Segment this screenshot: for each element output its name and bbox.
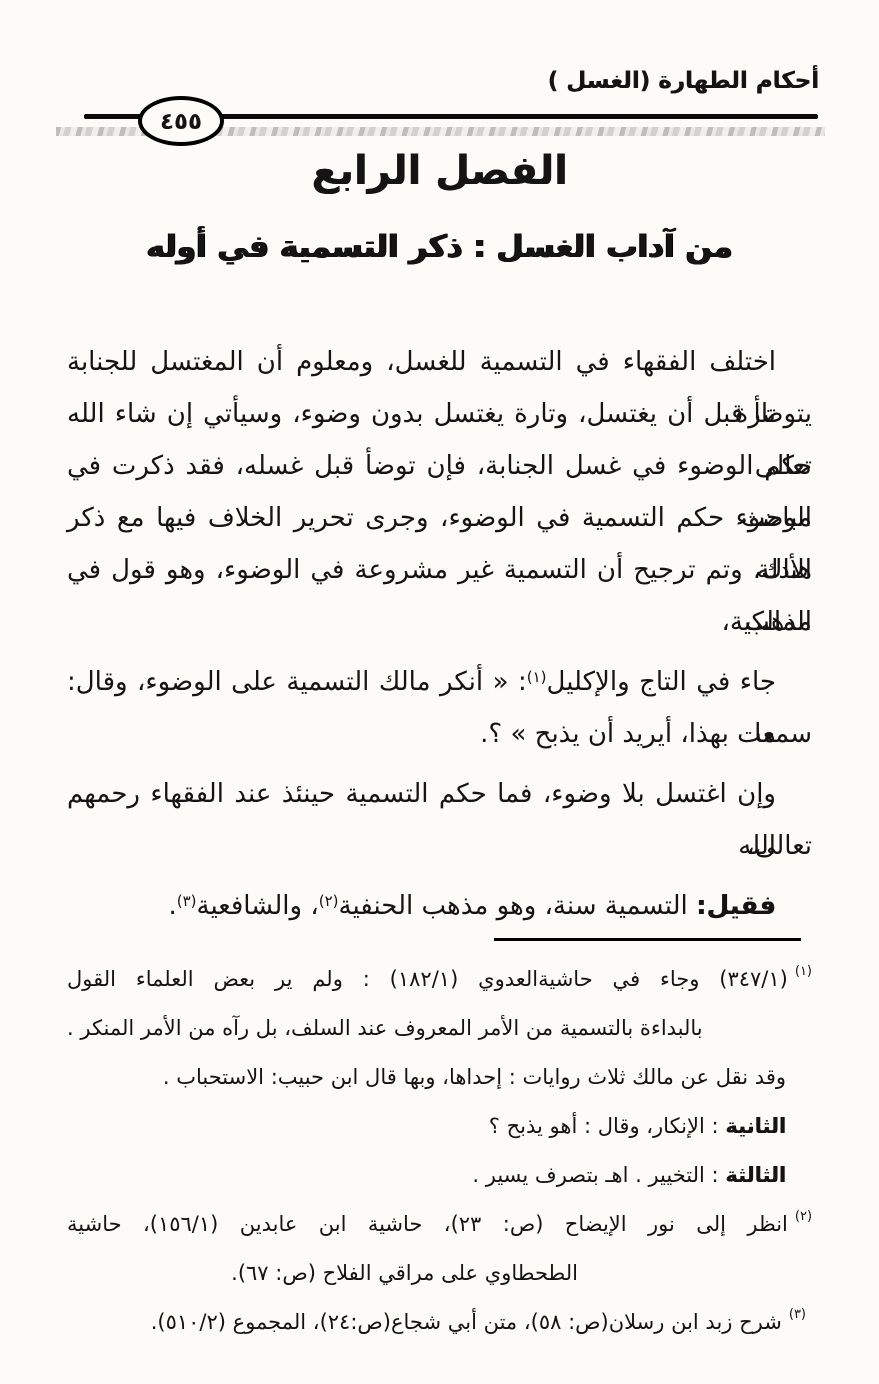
opinion-text: التسمية سنة، وهو مذهب الحنفية: [339, 891, 697, 921]
opinion-text: ، والشافعية: [197, 891, 319, 921]
body-line: الوضوء حكم التسمية في الوضوء، وجرى تحرير…: [67, 492, 812, 544]
footnote-text: : التخيير . اهـ بتصرف يسير .: [472, 1163, 725, 1187]
footnote-separator: [494, 938, 801, 941]
footnote-line: (٣)شرح زبد ابن رسلان(ص: ٥٨)، متن أبي شجا…: [67, 1298, 812, 1347]
footnote-line: الطحطاوي على مراقي الفلاح (ص: ٦٧).: [67, 1249, 812, 1298]
body-text: اختلف الفقهاء في التسمية للغسل، ومعلوم أ…: [67, 336, 812, 932]
body-line: حكم الوضوء في غسل الجنابة، فإن توضأ قبل …: [67, 440, 812, 492]
footnote-marker-1: (١): [795, 964, 812, 979]
body-line: جاء في التاج والإكليل(١): « أنكر مالك ال…: [67, 656, 812, 708]
body-line: تعالى،: [67, 820, 812, 872]
footnote-line: (٢)انظر إلى نور الإيضاح (ص: ٢٣)، حاشية ا…: [67, 1200, 812, 1249]
footnote-marker-2: (٢): [795, 1209, 812, 1224]
footnote-ref-2: (٢): [319, 892, 339, 910]
book-page: أحكام الطهارة (الغسل ) ٤٥٥ الفصل الرابع …: [0, 0, 879, 1384]
body-line: سمعت بهذا، أيريد أن يذبح » ؟.: [67, 708, 812, 760]
body-line: المالكية،: [67, 596, 812, 648]
page-number-badge: ٤٥٥: [138, 96, 224, 146]
page-number: ٤٥٥: [160, 108, 202, 135]
footnote-line: وقد نقل عن مالك ثلاث روايات : إحداها، وب…: [67, 1053, 812, 1102]
opinion-lead: فقيل:: [696, 891, 776, 921]
riwaya-label: الثانية: [725, 1114, 786, 1138]
book-title: أحكام الطهارة (الغسل ): [548, 68, 819, 94]
opinion-text: .: [168, 891, 176, 921]
footnote-text: : الإنكار، وقال : أهو يذبح ؟: [489, 1114, 725, 1138]
body-line: يتوضأ قبل أن يغتسل، وتارة يغتسل بدون وضو…: [67, 388, 812, 440]
footnote-text: انظر إلى نور الإيضاح (ص: ٢٣)، حاشية ابن …: [67, 1212, 788, 1236]
chapter-title: الفصل الرابع: [0, 148, 879, 194]
footnote-ref-3: (٣): [177, 892, 197, 910]
footnote-line: الثانية : الإنكار، وقال : أهو يذبح ؟: [67, 1102, 812, 1151]
footnote-ref-1: (١): [527, 668, 547, 686]
footnote-text: (٣٤٧/١) وجاء في حاشيةالعدوي (١٨٢/١) : ول…: [67, 967, 788, 991]
quote-intro: جاء في التاج والإكليل: [547, 667, 777, 697]
footnotes: (١)(٣٤٧/١) وجاء في حاشيةالعدوي (١٨٢/١) :…: [67, 955, 812, 1347]
riwaya-label: الثالثة: [725, 1163, 786, 1187]
body-line: فقيل: التسمية سنة، وهو مذهب الحنفية(٢)، …: [67, 880, 812, 932]
footnote-marker-3: (٣): [789, 1307, 806, 1322]
chapter-subtitle: من آداب الغسل : ذكر التسمية في أوله: [0, 229, 879, 265]
body-line: وإن اغتسل بلا وضوء، فما حكم التسمية حينئ…: [67, 768, 812, 820]
body-line: هناك، وتم ترجيح أن التسمية غير مشروعة في…: [67, 544, 812, 596]
body-line: اختلف الفقهاء في التسمية للغسل، ومعلوم أ…: [67, 336, 812, 388]
footnote-line: بالبداءة بالتسمية من الأمر المعروف عند ا…: [67, 1004, 812, 1053]
footnote-line: (١)(٣٤٧/١) وجاء في حاشيةالعدوي (١٨٢/١) :…: [67, 955, 812, 1004]
footnote-text: شرح زبد ابن رسلان(ص: ٥٨)، متن أبي شجاع(ص…: [151, 1310, 782, 1334]
footnote-line: الثالثة : التخيير . اهـ بتصرف يسير .: [67, 1151, 812, 1200]
